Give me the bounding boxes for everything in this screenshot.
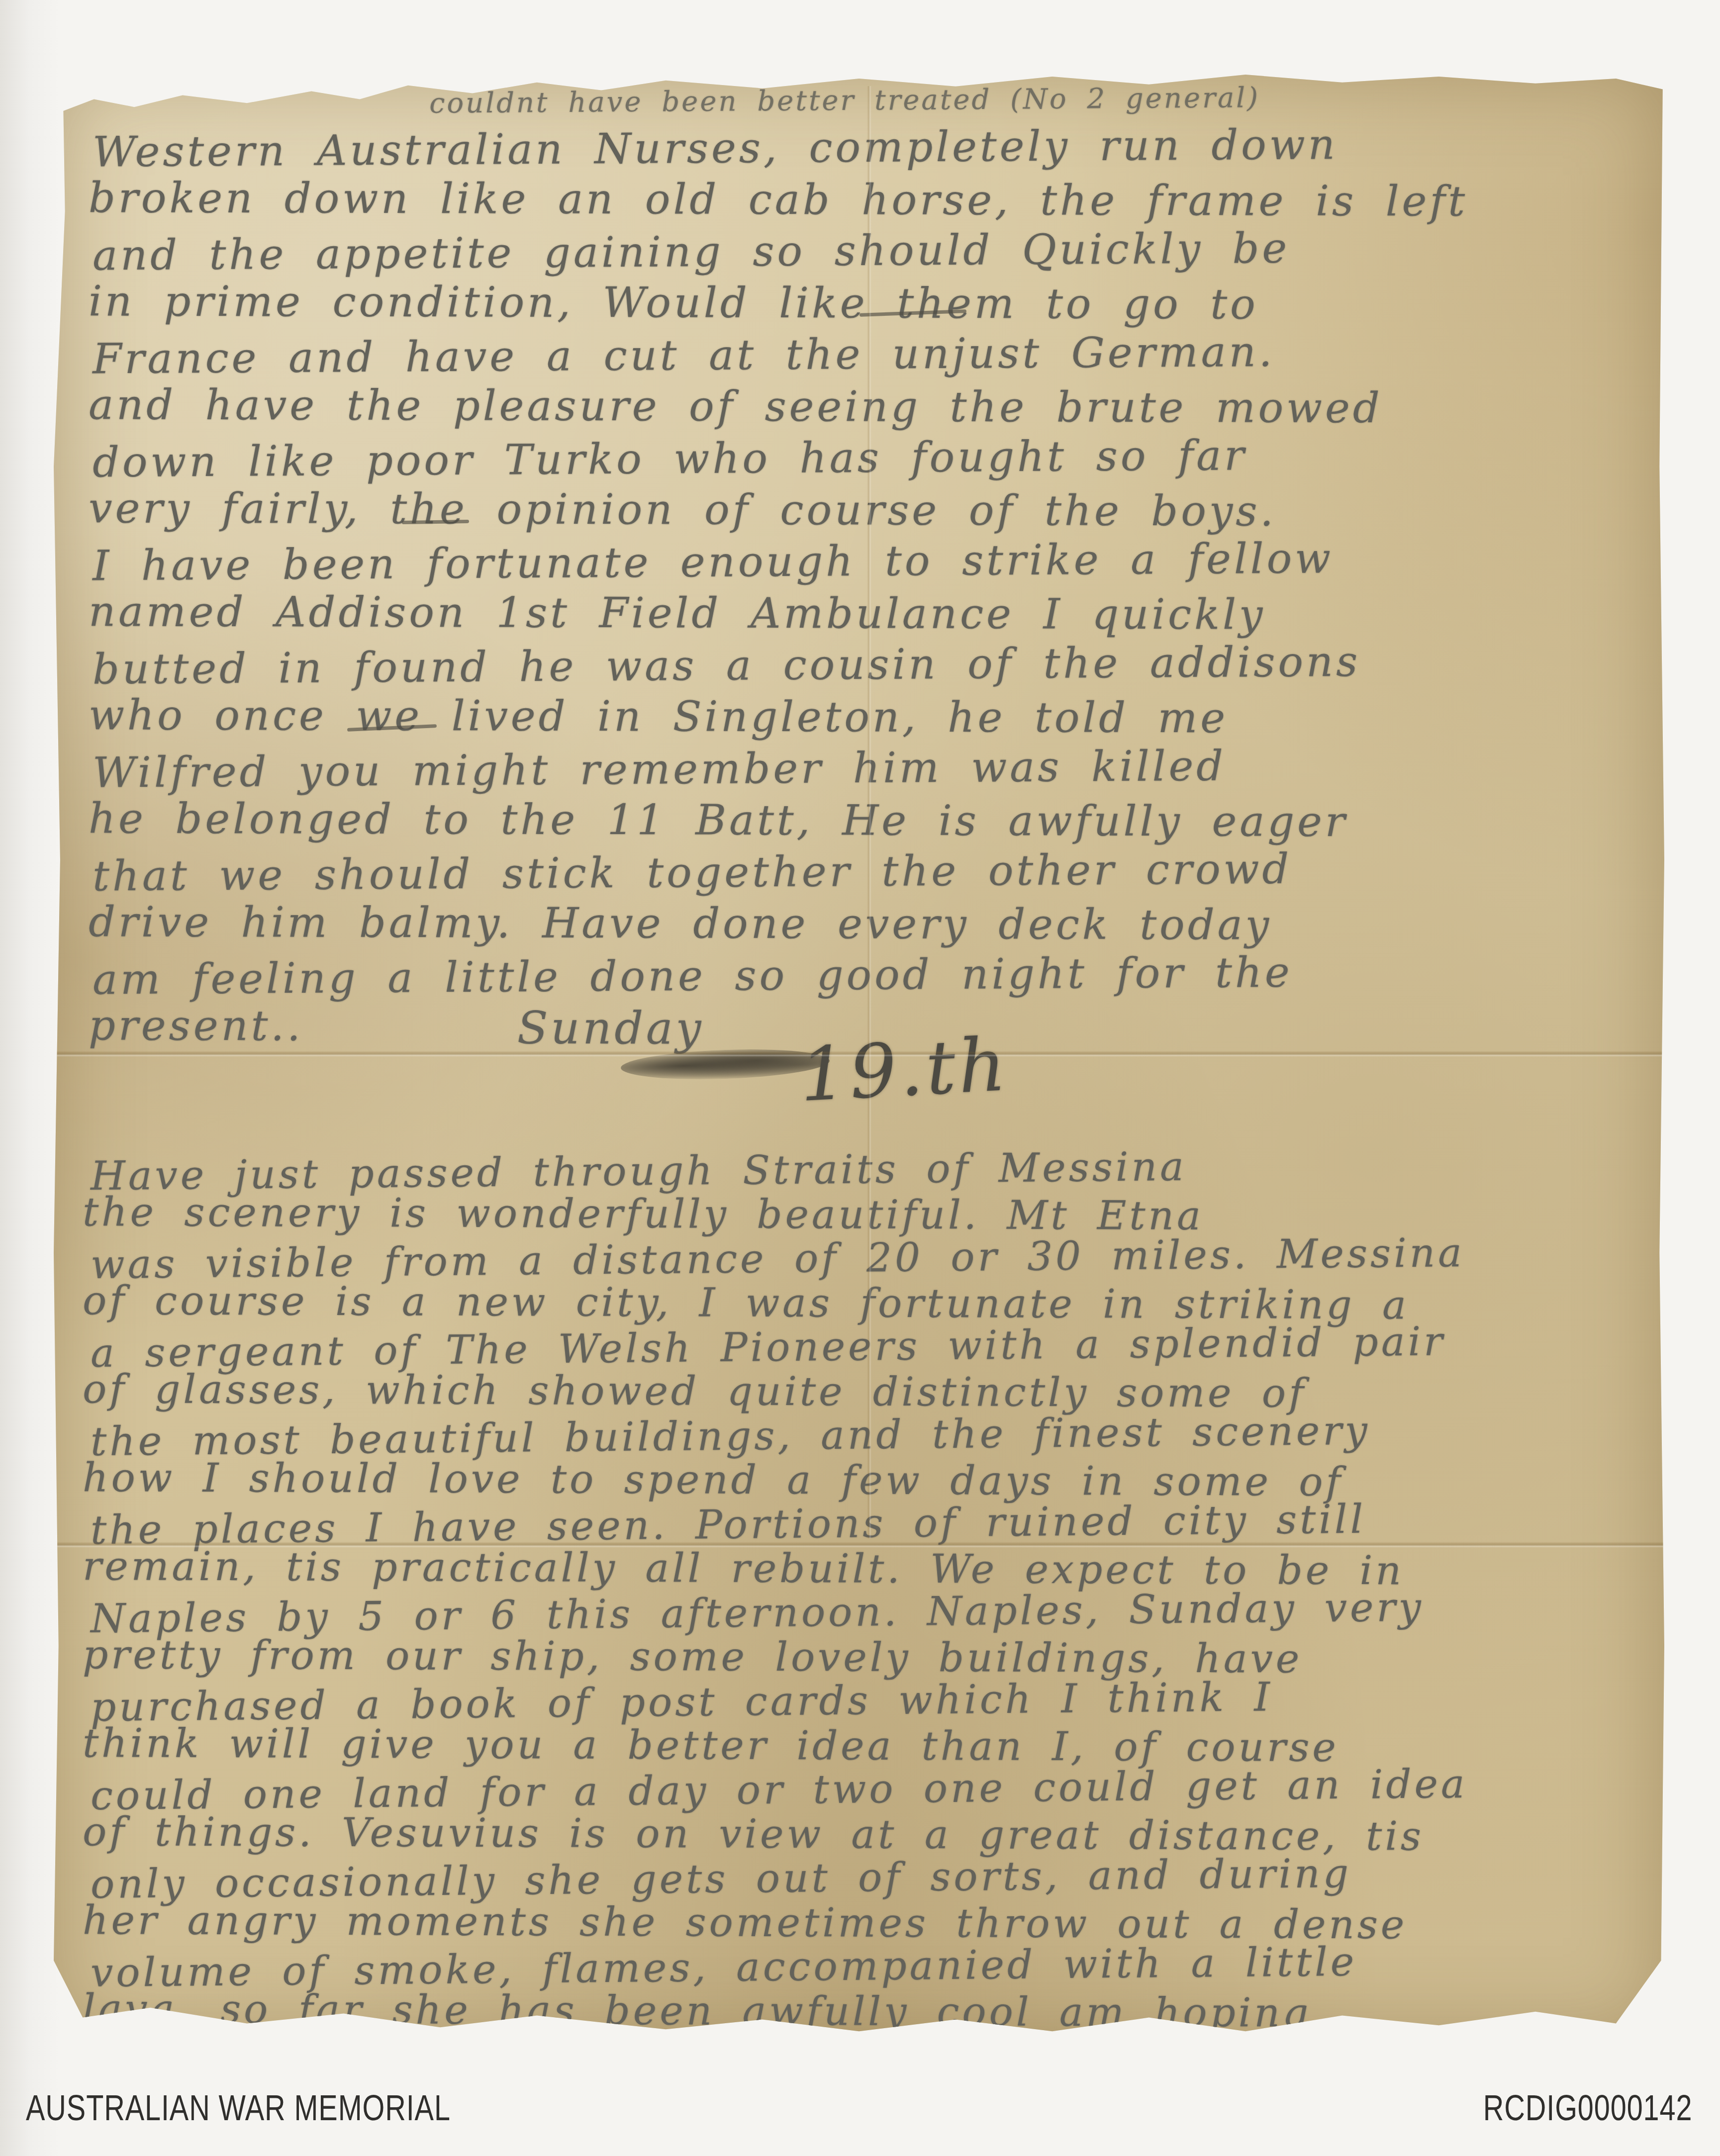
handwritten-line: was visible from a distance of 20 or 30 … bbox=[91, 1229, 1468, 1286]
handwritten-line: could one land for a day or two one coul… bbox=[91, 1761, 1468, 1817]
handwritten-line: Naples by 5 or 6 this afternoon. Naples,… bbox=[91, 1584, 1468, 1640]
handwritten-line: he belonged to the 11 Batt, He is awfull… bbox=[89, 794, 1468, 849]
handwritten-line: pretty from our ship, some lovely buildi… bbox=[83, 1631, 1468, 1681]
handwritten-line: think will give you a better idea than I… bbox=[83, 1720, 1468, 1769]
handwritten-line: named Addison 1st Field Ambulance I quic… bbox=[89, 587, 1468, 642]
handwritten-line: in prime condition, Would like them to g… bbox=[89, 277, 1468, 332]
handwritten-line: of things. Vesuvius is on view at a grea… bbox=[83, 1808, 1468, 1858]
handwritten-line: the places I have seen. Portions of ruin… bbox=[91, 1495, 1468, 1551]
handwritten-line: that we should stick together the other … bbox=[93, 844, 1468, 904]
letter-page2-text: Have just passed through Straits of Mess… bbox=[83, 1147, 1468, 2032]
handwritten-line: Have just passed through Straits of Mess… bbox=[91, 1141, 1468, 1197]
handwritten-line: how I should love to spend a few days in… bbox=[83, 1454, 1468, 1503]
archive-name-label: AUSTRALIAN WAR MEMORIAL bbox=[26, 2087, 451, 2129]
handwritten-line: France and have a cut at the unjust Germ… bbox=[93, 326, 1468, 386]
handwritten-line: lava, so far she has been awfully cool a… bbox=[83, 1985, 1468, 2035]
handwritten-line: drive him balmy. Have done every deck to… bbox=[89, 897, 1468, 952]
handwritten-line: of glasses, which showed quite distinctl… bbox=[83, 1366, 1468, 1415]
date-heading: 19.th bbox=[798, 1022, 1011, 1118]
handwritten-line: down like poor Turko who has fought so f… bbox=[93, 430, 1468, 490]
handwritten-line: a sergeant of The Welsh Pioneers with a … bbox=[91, 1318, 1468, 1374]
date-entry-block: 19.th bbox=[54, 1041, 1664, 1150]
letter-paper-sheet: couldnt have been better treated (No 2 g… bbox=[54, 74, 1664, 2039]
handwritten-line: the scenery is wonderfully beautiful. Mt… bbox=[83, 1189, 1468, 1238]
handwritten-line: and have the pleasure of seeing the brut… bbox=[89, 380, 1468, 435]
handwritten-line: and the appetite gaining so should Quick… bbox=[93, 223, 1468, 283]
handwritten-line: very fairly, the opinion of course of th… bbox=[89, 483, 1468, 539]
letter-page1-text: Western Australian Nurses, completely ru… bbox=[89, 123, 1468, 1054]
handwritten-line: only occasionally she gets out of sorts,… bbox=[91, 1849, 1468, 1905]
handwritten-line: broken down like an old cab horse, the f… bbox=[89, 173, 1468, 228]
handwritten-line: Western Australian Nurses, completely ru… bbox=[93, 119, 1468, 180]
handwritten-line: Wilfred you might remember him was kille… bbox=[93, 740, 1468, 800]
handwritten-line: the most beautiful buildings, and the fi… bbox=[91, 1406, 1468, 1463]
handwritten-line: am feeling a little done so good night f… bbox=[93, 947, 1468, 1007]
handwritten-line: butted in found he was a cousin of the a… bbox=[93, 637, 1468, 697]
handwritten-line: I have been fortunate enough to strike a… bbox=[93, 533, 1468, 593]
handwritten-line: volume of smoke, flames, accompanied wit… bbox=[91, 1938, 1468, 1994]
handwritten-line: her angry moments she sometimes throw ou… bbox=[83, 1897, 1468, 1946]
handwritten-line: remain, tis practically all rebuilt. We … bbox=[83, 1543, 1468, 1592]
interlinear-note: couldnt have been better treated (No 2 g… bbox=[429, 82, 1260, 120]
reference-id-label: RCDIG0000142 bbox=[1483, 2087, 1692, 2129]
letter-scan: couldnt have been better treated (No 2 g… bbox=[0, 0, 1720, 2156]
handwritten-line: of course is a new city, I was fortunate… bbox=[83, 1277, 1468, 1326]
handwritten-line: purchased a book of post cards which I t… bbox=[91, 1672, 1468, 1728]
handwritten-line: who once we lived in Singleton, he told … bbox=[89, 690, 1468, 746]
